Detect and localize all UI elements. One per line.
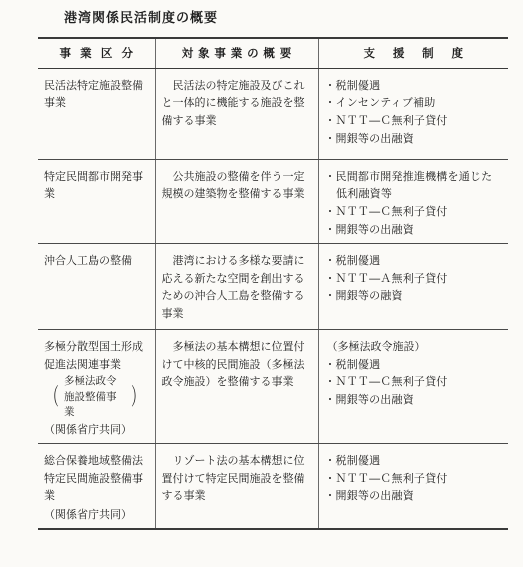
table-row: 民活法特定施設整備事業民活法の特定施設及びこれと一体的に機能する施設を整備する事… [38,68,508,159]
support-label: ＮＴＴ―Ｃ無利子貸付 [336,205,448,218]
support-label: ＮＴＴ―Ｃ無利子貸付 [336,472,448,485]
support-item: ・開銀等の出融資 [325,487,503,505]
overview-text: 港湾における多様な要請に応える新たな空間を創出するための沖合人工島を整備する事業 [162,252,312,323]
category-label: 総合保養地域整備法特定民間施設整備事業 [44,452,149,505]
support-label: ＮＴＴ―Ｃ無利子貸付 [336,375,448,388]
category-cell: 沖合人工島の整備 [38,243,155,329]
table-header: 事業区分 対象事業の概要 支援制度 [38,38,508,68]
support-label: ＮＴＴ―Ｃ無利子貸付 [336,114,448,127]
support-item: ・ＮＴＴ―Ｃ無利子貸付 [325,203,503,221]
header-support-system: 支援制度 [318,38,508,68]
support-label: 税制優遇 [336,454,381,467]
bullet-icon: ・ [325,393,336,406]
bullet-icon: ・ [325,358,336,371]
bullet-icon: ・ [325,223,336,236]
bullet-icon: ・ [325,79,336,92]
category-cell: 多極分散型国土形成促進法関連事業（多極法政令施設整備事業）（関係省庁共同） [38,329,155,443]
category-cell: 総合保養地域整備法特定民間施設整備事業（関係省庁共同） [38,443,155,529]
bullet-icon: ・ [325,375,336,388]
support-item: ・インセンティブ補助 [325,94,503,112]
category-note: （関係省庁共同） [44,506,149,524]
table-row: 沖合人工島の整備港湾における多様な要請に応える新たな空間を創出するための沖合人工… [38,243,508,329]
support-label: 税制優遇 [336,254,381,267]
support-label: 開銀等の出融資 [336,132,414,145]
support-item: ・税制優遇 [325,77,503,95]
support-item: ・開銀等の出融資 [325,130,503,148]
category-label: 民活法特定施設整備事業 [44,77,149,113]
support-item: ・ＮＴＴ―Ｃ無利子貸付 [325,373,503,391]
support-label: 開銀等の出融資 [336,223,414,236]
bullet-icon: ・ [325,472,336,485]
support-cell: ・民間都市開発推進機構を通じた低利融資等・ＮＴＴ―Ｃ無利子貸付・開銀等の出融資 [318,159,508,243]
scanned-document-page: 港湾関係民活制度の概要 事業区分 対象事業の概要 支援制度 民活法特定施設整備事… [0,0,523,567]
support-label: 開銀等の出融資 [336,489,414,502]
bullet-icon: ・ [325,289,336,302]
header-business-category: 事業区分 [38,38,155,68]
overview-text: 公共施設の整備を伴う一定規模の建築物を整備する事業 [162,168,312,204]
bullet-icon: ・ [325,205,336,218]
table-body: 民活法特定施設整備事業民活法の特定施設及びこれと一体的に機能する施設を整備する事… [38,68,508,529]
overview-text: 多極法の基本構想に位置付けて中核的民間施設（多極法政令施設）を整備する事業 [162,338,312,391]
overview-text: リゾート法の基本構想に位置付けて特定民間施設を整備する事業 [162,452,312,505]
big-paren-open: （ [46,386,59,409]
overview-cell: 多極法の基本構想に位置付けて中核的民間施設（多極法政令施設）を整備する事業 [155,329,318,443]
document-title: 港湾関係民活制度の概要 [64,7,218,26]
overview-cell: リゾート法の基本構想に位置付けて特定民間施設を整備する事業 [155,443,318,529]
support-item: ・開銀等の出融資 [325,221,503,239]
support-item: ・税制優遇 [325,356,503,374]
bullet-icon: ・ [325,114,336,127]
support-cell: ・税制優遇・ＮＴＴ―Ｃ無利子貸付・開銀等の出融資 [318,443,508,529]
support-label: 民間都市開発推進機構を通じた低利融資等 [336,170,493,201]
overview-cell: 公共施設の整備を伴う一定規模の建築物を整備する事業 [155,159,318,243]
support-label: 税制優遇 [336,79,381,92]
support-label: ＮＴＴ―Ａ無利子貸付 [336,272,448,285]
category-note: （関係省庁共同） [44,421,149,439]
support-label: インセンティブ補助 [336,96,436,109]
support-cell: ・税制優遇・インセンティブ補助・ＮＴＴ―Ｃ無利子貸付・開銀等の出融資 [318,68,508,159]
bullet-icon: ・ [325,489,336,502]
table-row: 多極分散型国土形成促進法関連事業（多極法政令施設整備事業）（関係省庁共同）多極法… [38,329,508,443]
summary-table: 事業区分 対象事業の概要 支援制度 民活法特定施設整備事業民活法の特定施設及びこ… [38,37,508,530]
bullet-icon: ・ [325,254,336,267]
overview-cell: 民活法の特定施設及びこれと一体的に機能する施設を整備する事業 [155,68,318,159]
category-label: 多極分散型国土形成促進法関連事業 [44,338,149,374]
support-cell: ・税制優遇・ＮＴＴ―Ａ無利子貸付・開銀等の融資 [318,243,508,329]
table-row: 総合保養地域整備法特定民間施設整備事業（関係省庁共同）リゾート法の基本構想に位置… [38,443,508,529]
support-cell: （多極法政令施設）・税制優遇・ＮＴＴ―Ｃ無利子貸付・開銀等の出融資 [318,329,508,443]
support-item: ・開銀等の融資 [325,287,503,305]
category-cell: 特定民間都市開発事業 [38,159,155,243]
support-item: ・税制優遇 [325,252,503,270]
bullet-icon: ・ [325,272,336,285]
header-business-overview: 対象事業の概要 [155,38,318,68]
support-label: 開銀等の出融資 [336,393,414,406]
category-cell: 民活法特定施設整備事業 [38,68,155,159]
support-item: ・開銀等の出融資 [325,391,503,409]
category-paren-note-text: 多極法政令施設整備事業 [64,374,126,420]
category-paren-note: （多極法政令施設整備事業） [41,374,149,420]
bullet-icon: ・ [325,454,336,467]
support-item: ・民間都市開発推進機構を通じた低利融資等 [325,168,503,204]
category-label: 沖合人工島の整備 [44,252,149,270]
support-item: ・税制優遇 [325,452,503,470]
support-label: 税制優遇 [336,358,381,371]
support-item: ・ＮＴＴ―Ｃ無利子貸付 [325,470,503,488]
support-heading: （多極法政令施設） [325,338,503,356]
overview-cell: 港湾における多様な要請に応える新たな空間を創出するための沖合人工島を整備する事業 [155,243,318,329]
category-label: 特定民間都市開発事業 [44,168,149,204]
bullet-icon: ・ [325,132,336,145]
support-label: 開銀等の融資 [336,289,403,302]
bullet-icon: ・ [325,96,336,109]
bullet-icon: ・ [325,170,336,183]
support-item: ・ＮＴＴ―Ａ無利子貸付 [325,270,503,288]
big-paren-close: ） [131,386,144,409]
table-row: 特定民間都市開発事業公共施設の整備を伴う一定規模の建築物を整備する事業・民間都市… [38,159,508,243]
overview-text: 民活法の特定施設及びこれと一体的に機能する施設を整備する事業 [162,77,312,130]
header-row: 事業区分 対象事業の概要 支援制度 [38,38,508,68]
support-item: ・ＮＴＴ―Ｃ無利子貸付 [325,112,503,130]
